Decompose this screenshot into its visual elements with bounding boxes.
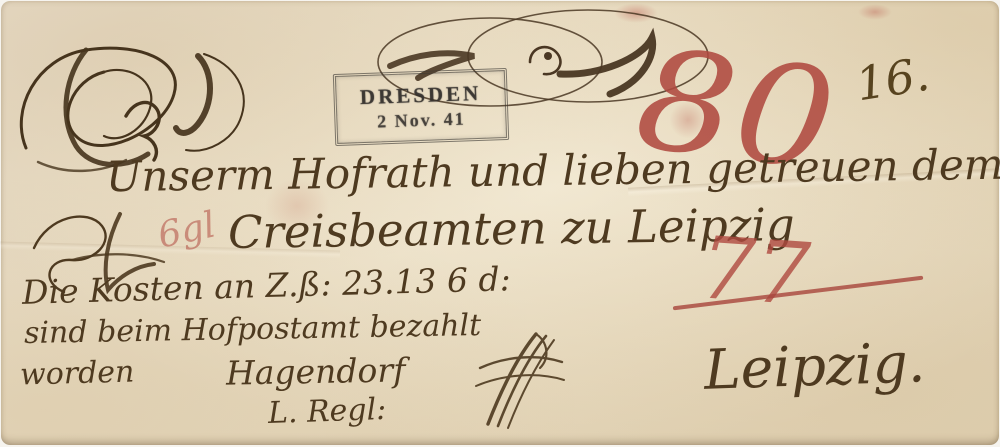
red-rate-77-crossed: 77 <box>697 218 813 325</box>
postmark-date: 2 Nov. 41 <box>377 108 466 132</box>
note-line-4: L. Regl: <box>267 392 386 431</box>
signature-flourish <box>458 328 573 433</box>
destination-leipzig: Leipzig. <box>703 330 926 402</box>
postmark-town: DRESDEN <box>360 81 482 110</box>
letter-cover-photo: DRESDEN 2 Nov. 41 80 16. Unserm Hofrath … <box>0 0 1000 447</box>
ink-note-16: 16. <box>852 47 933 112</box>
dresden-postmark: DRESDEN 2 Nov. 41 <box>333 68 509 146</box>
note-line-3-name: Hagendorf <box>226 350 406 392</box>
note-line-3-word: worden <box>20 355 135 393</box>
